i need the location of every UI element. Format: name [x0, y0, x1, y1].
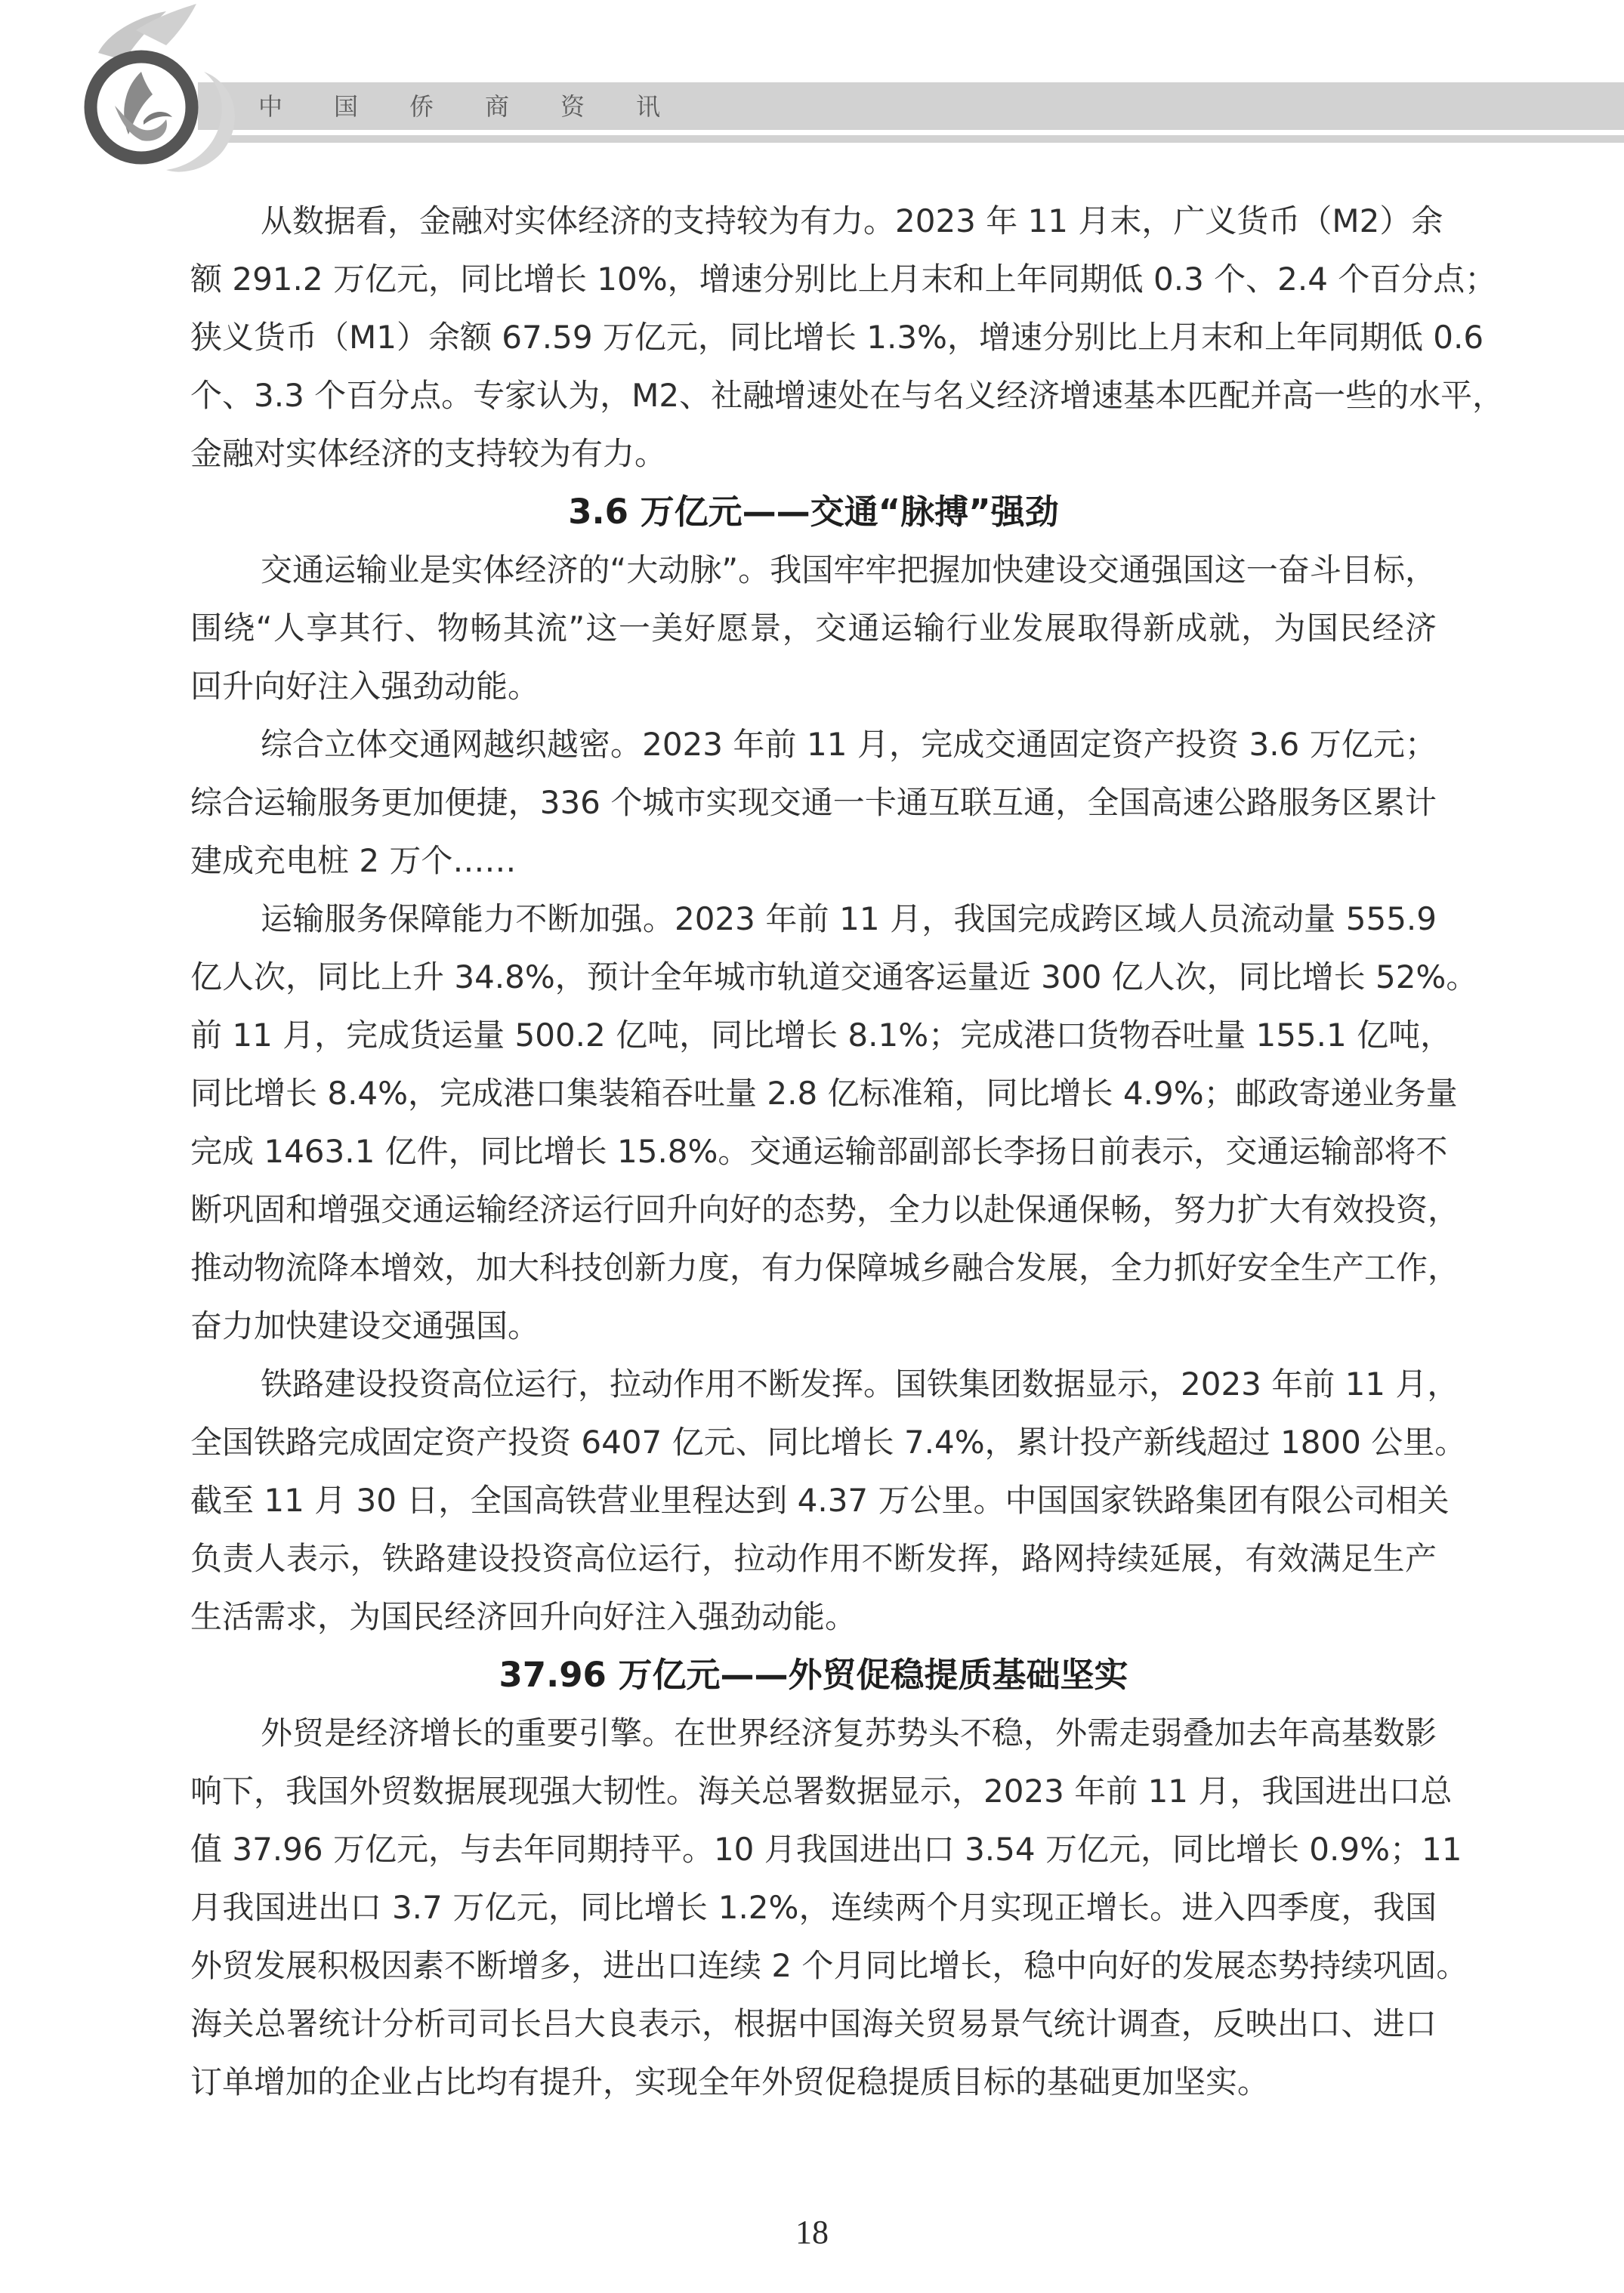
text-line: 综合立体交通网越织越密。2023 年前 11 月，完成交通固定资产投资 3.6 …: [190, 715, 1437, 773]
text-line: 回升向好注入强劲动能。: [190, 657, 1437, 715]
text-line: 同比增长 8.4%，完成港口集装箱吞吐量 2.8 亿标准箱，同比增长 4.9%；…: [190, 1064, 1437, 1122]
text-line: 围绕“人享其行、物畅其流”这一美好愿景，交通运输行业发展取得新成就，为国民经济: [190, 599, 1437, 657]
section-heading: 37.96 万亿元——外贸促稳提质基础坚实: [190, 1646, 1437, 1704]
paragraph: 交通运输业是实体经济的“大动脉”。我国牢牢把握加快建设交通强国这一奋斗目标， 围…: [190, 541, 1437, 715]
header-rule: [227, 135, 1624, 143]
text-line: 海关总署统计分析司司长吕大良表示，根据中国海关贸易景气统计调查，反映出口、进口: [190, 1995, 1437, 2053]
text-line: 亿人次，同比上升 34.8%，预计全年城市轨道交通客运量近 300 亿人次，同比…: [190, 948, 1437, 1006]
masthead-char: 商: [485, 90, 560, 123]
paragraph: 铁路建设投资高位运行，拉动作用不断发挥。国铁集团数据显示，2023 年前 11 …: [190, 1355, 1437, 1646]
text-line: 月我国进出口 3.7 万亿元，同比增长 1.2%，连续两个月实现正增长。进入四季…: [190, 1878, 1437, 1937]
paragraph: 运输服务保障能力不断加强。2023 年前 11 月，我国完成跨区域人员流动量 5…: [190, 890, 1437, 1355]
masthead-char: 讯: [636, 90, 712, 123]
paragraph: 从数据看，金融对实体经济的支持较为有力。2023 年 11 月末，广义货币（M2…: [190, 192, 1437, 483]
text-line: 运输服务保障能力不断加强。2023 年前 11 月，我国完成跨区域人员流动量 5…: [190, 890, 1437, 948]
text-line: 生活需求，为国民经济回升向好注入强劲动能。: [190, 1588, 1437, 1646]
text-line: 全国铁路完成固定资产投资 6407 亿元、同比增长 7.4%，累计投产新线超过 …: [190, 1413, 1437, 1471]
masthead-title: 中 国 侨 商 资 讯: [258, 90, 712, 123]
text-line: 完成 1463.1 亿件，同比增长 15.8%。交通运输部副部长李扬日前表示，交…: [190, 1122, 1437, 1180]
text-line: 订单增加的企业占比均有提升，实现全年外贸促稳提质目标的基础更加坚实。: [190, 2053, 1437, 2111]
text-line: 值 37.96 万亿元，与去年同期持平。10 月我国进出口 3.54 万亿元，同…: [190, 1820, 1437, 1878]
text-line: 前 11 月，完成货运量 500.2 亿吨，同比增长 8.1%；完成港口货物吞吐…: [190, 1006, 1437, 1064]
text-line: 金融对实体经济的支持较为有力。: [190, 424, 1437, 483]
text-line: 外贸是经济增长的重要引擎。在世界经济复苏势头不稳，外需走弱叠加去年高基数影: [190, 1704, 1437, 1762]
text-line: 个、3.3 个百分点。专家认为，M2、社融增速处在与名义经济增速基本匹配并高一些…: [190, 366, 1437, 424]
page-number: 18: [0, 2213, 1624, 2251]
paragraph: 外贸是经济增长的重要引擎。在世界经济复苏势头不稳，外需走弱叠加去年高基数影 响下…: [190, 1704, 1437, 2111]
masthead-char: 中: [258, 90, 334, 123]
text-line: 交通运输业是实体经济的“大动脉”。我国牢牢把握加快建设交通强国这一奋斗目标，: [190, 541, 1437, 599]
text-line: 推动物流降本增效，加大科技创新力度，有力保障城乡融合发展，全力抓好安全生产工作，: [190, 1239, 1437, 1297]
article-body: 从数据看，金融对实体经济的支持较为有力。2023 年 11 月末，广义货币（M2…: [190, 192, 1437, 2111]
text-line: 奋力加快建设交通强国。: [190, 1297, 1437, 1355]
masthead-char: 侨: [409, 90, 485, 123]
text-line: 截至 11 月 30 日，全国高铁营业里程达到 4.37 万公里。中国国家铁路集…: [190, 1471, 1437, 1529]
paragraph: 综合立体交通网越织越密。2023 年前 11 月，完成交通固定资产投资 3.6 …: [190, 715, 1437, 890]
text-line: 狭义货币（M1）余额 67.59 万亿元，同比增长 1.3%，增速分别比上月末和…: [190, 308, 1437, 366]
logo-emblem-icon: [53, 0, 249, 189]
masthead-char: 国: [334, 90, 409, 123]
text-line: 外贸发展积极因素不断增多，进出口连续 2 个月同比增长，稳中向好的发展态势持续巩…: [190, 1937, 1437, 1995]
text-line: 铁路建设投资高位运行，拉动作用不断发挥。国铁集团数据显示，2023 年前 11 …: [190, 1355, 1437, 1413]
text-line: 断巩固和增强交通运输经济运行回升向好的态势，全力以赴保通保畅，努力扩大有效投资，: [190, 1180, 1437, 1239]
masthead-char: 资: [560, 90, 636, 123]
text-line: 综合运输服务更加便捷，336 个城市实现交通一卡通互联互通，全国高速公路服务区累…: [190, 773, 1437, 832]
text-line: 建成充电桩 2 万个……: [190, 832, 1437, 890]
section-heading: 3.6 万亿元——交通“脉搏”强劲: [190, 483, 1437, 541]
text-line: 额 291.2 万亿元，同比增长 10%，增速分别比上月末和上年同期低 0.3 …: [190, 250, 1437, 308]
text-line: 负责人表示，铁路建设投资高位运行，拉动作用不断发挥，路网持续延展，有效满足生产: [190, 1529, 1437, 1588]
text-line: 响下，我国外贸数据展现强大韧性。海关总署数据显示，2023 年前 11 月，我国…: [190, 1762, 1437, 1820]
text-line: 从数据看，金融对实体经济的支持较为有力。2023 年 11 月末，广义货币（M2…: [190, 192, 1437, 250]
